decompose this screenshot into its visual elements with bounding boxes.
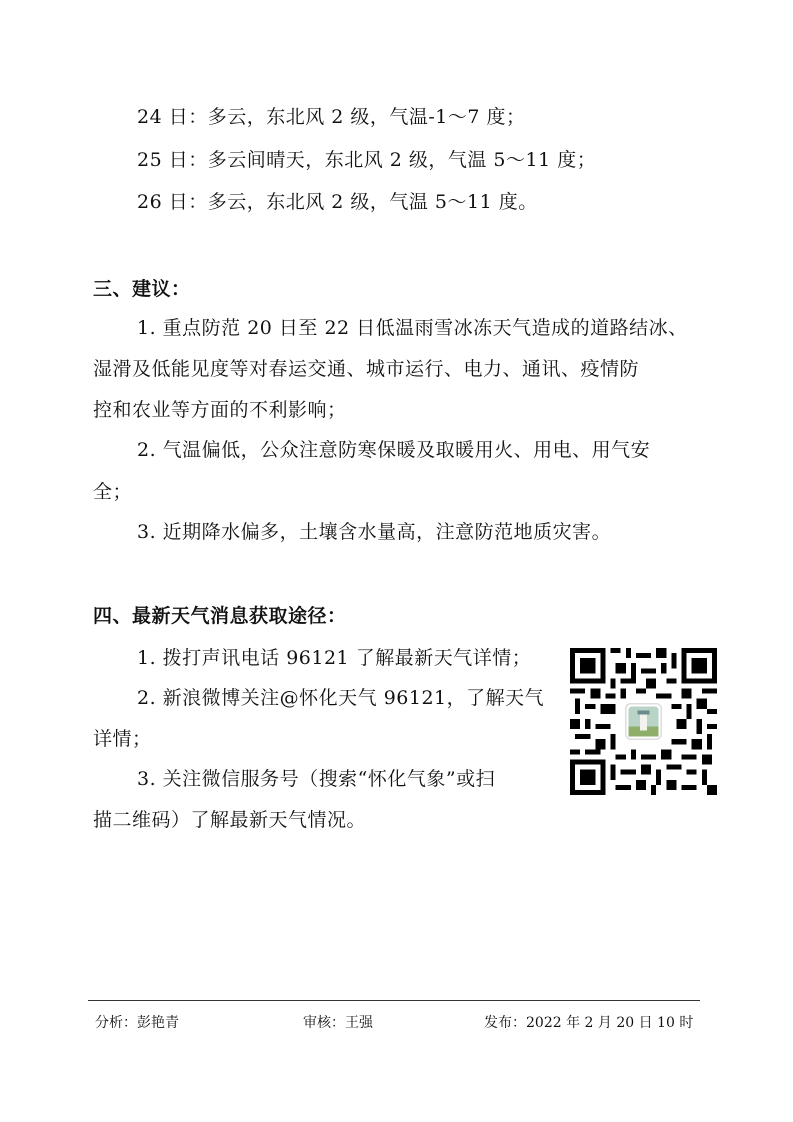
suggestion-1-line-1: 1. 重点防范 20 日至 22 日低温雨雪冰冻天气造成的道路结冰、 [137,316,688,340]
forecast-day-25: 25 日：多云间晴天，东北风 2 级，气温 5～11 度； [137,148,596,172]
suggestion-1-line-3: 控和农业等方面的不利影响； [93,398,347,422]
suggestion-3: 3. 近期降水偏多，土壤含水量高，注意防范地质灾害。 [137,520,611,544]
footer-reviewer: 审核：王强 [303,1013,373,1033]
suggestion-1-line-2: 湿滑及低能见度等对春运交通、城市运行、电力、通讯、疫情防 [93,357,639,381]
footer-divider [88,1000,700,1001]
forecast-day-24: 24 日：多云，东北风 2 级，气温-1～7 度； [137,105,526,129]
channel-3-line-1: 3. 关注微信服务号（搜索“怀化气象”或扫 [137,767,495,791]
suggestion-2-line-1: 2. 气温偏低，公众注意防寒保暖及取暖用火、用电、用气安 [137,438,650,462]
section-heading-channels: 四、最新天气消息获取途径： [93,604,347,628]
channel-2-line-1: 2. 新浪微博关注@怀化天气 96121，了解天气 [137,686,544,710]
footer-published: 发布：2022 年 2 月 20 日 10 时 [484,1013,693,1033]
channel-2-line-2: 详情； [93,727,152,751]
channel-1: 1. 拨打声讯电话 96121 了解最新天气详情； [137,646,531,670]
suggestion-2-line-2: 全； [93,480,132,504]
forecast-day-26: 26 日：多云，东北风 2 级，气温 5～11 度。 [137,190,538,214]
footer-analyst: 分析：彭艳青 [95,1013,179,1033]
section-heading-suggestions: 三、建议： [93,277,191,301]
wechat-qr-code-icon [570,648,717,795]
channel-3-line-2: 描二维码）了解最新天气情况。 [93,808,366,832]
